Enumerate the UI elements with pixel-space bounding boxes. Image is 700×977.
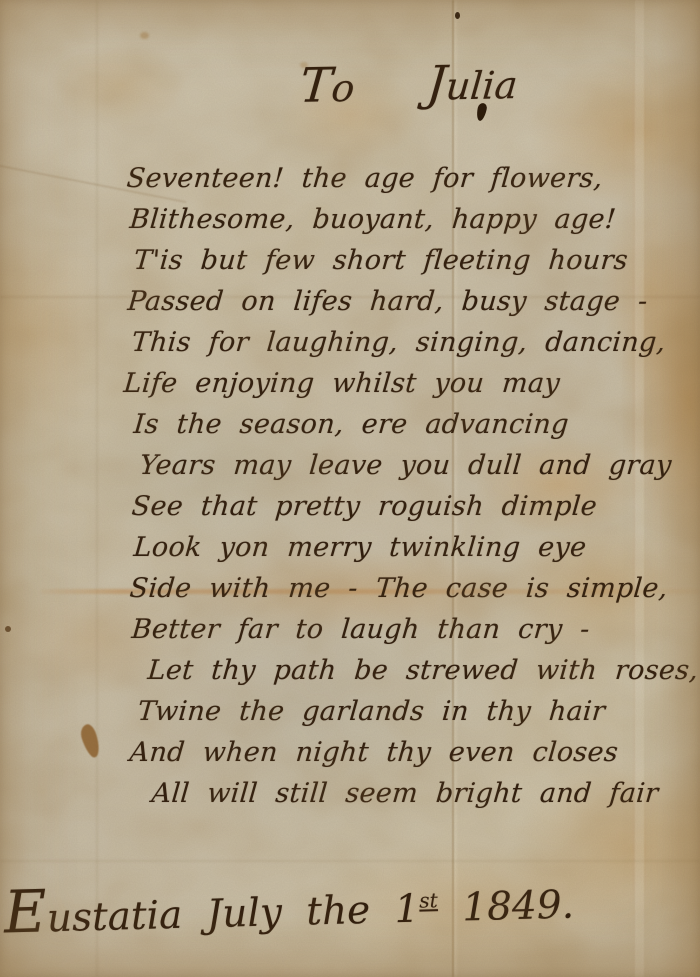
manuscript-page: To Julia Seventeen! the age for flowers,… bbox=[0, 0, 700, 977]
vertical-fold-crease-faint bbox=[96, 0, 98, 977]
poem-line: All will still seem bright and fair bbox=[150, 773, 690, 814]
ink-speck bbox=[5, 626, 11, 632]
poem-line: Blithesome, buoyant, happy age! bbox=[128, 199, 690, 240]
poem-line: Better far to laugh than cry - bbox=[130, 609, 690, 650]
poem-line: This for laughing, singing, dancing, bbox=[130, 322, 690, 363]
dateline-middle: July the 1 bbox=[206, 887, 420, 938]
poem-line: Years may leave you dull and gray bbox=[138, 445, 690, 486]
poem-line: Seventeen! the age for flowers, bbox=[125, 158, 690, 199]
title-word-to: To bbox=[298, 63, 357, 112]
dateline-place: Eustatia bbox=[3, 882, 183, 947]
poem-line: Look yon merry twinkling eye bbox=[132, 527, 690, 568]
poem-line: Twine the garlands in thy hair bbox=[136, 691, 690, 732]
dateline: Eustatia July the 1st 1849. bbox=[3, 871, 574, 947]
poem-body: Seventeen! the age for flowers, Blitheso… bbox=[120, 158, 686, 814]
poem-line: Life enjoying whilst you may bbox=[122, 363, 690, 404]
poem-line: T'is but few short fleeting hours bbox=[132, 240, 690, 281]
poem-line: Side with me - The case is simple, bbox=[128, 568, 690, 609]
poem-line: Passed on lifes hard, busy stage - bbox=[126, 281, 690, 322]
poem-line: Is the season, ere advancing bbox=[132, 404, 690, 445]
foxing-spot bbox=[140, 32, 149, 39]
title-word-julia: Julia bbox=[424, 60, 519, 110]
horizontal-fold-crease-faint bbox=[0, 860, 700, 862]
poem-line: Let thy path be strewed with roses, bbox=[146, 650, 690, 691]
poem-line: See that pretty roguish dimple bbox=[130, 486, 690, 527]
dateline-year: 1849. bbox=[462, 883, 575, 931]
poem-title: To Julia bbox=[300, 60, 518, 112]
ink-speck bbox=[455, 12, 460, 19]
brown-stain-blob bbox=[78, 723, 103, 760]
poem-line: And when night thy even closes bbox=[128, 732, 690, 773]
dateline-ordinal: st bbox=[419, 888, 438, 912]
